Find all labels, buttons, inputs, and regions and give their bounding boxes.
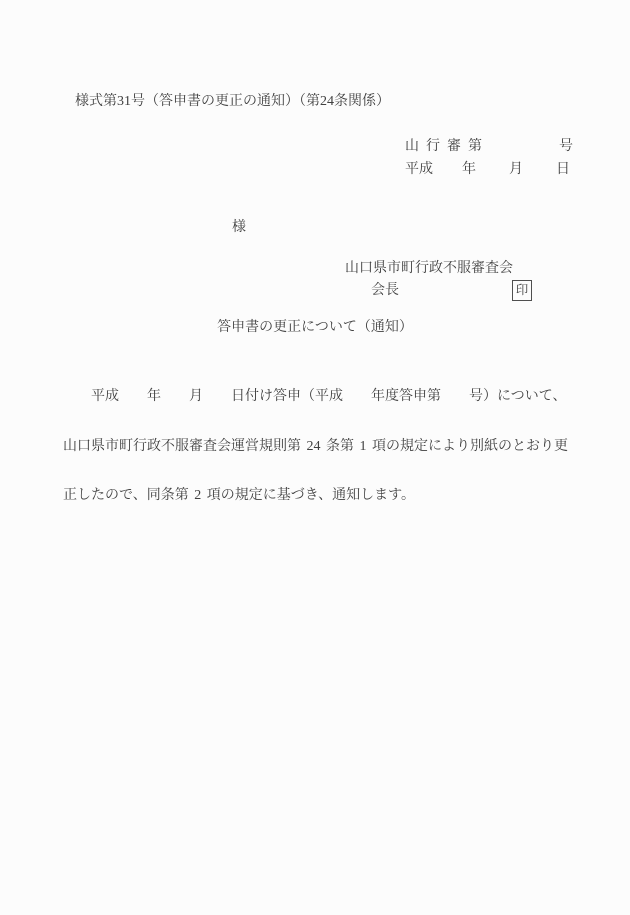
body-line-3: 正したので、同条第 2 項の規定に基づき、通知します。 [63, 485, 575, 507]
form-number-label: 様式第31号（答申書の更正の通知）（第24条関係） [75, 95, 390, 109]
subject-title: 答申書の更正について（通知） [0, 321, 630, 335]
date-day-label: 日 [556, 163, 570, 177]
body-line-2: 山口県市町行政不服審査会運営規則第 24 条第 1 項の規定により別紙のとおり更 [63, 436, 575, 458]
recipient-honorific: 様 [232, 221, 246, 235]
issuer-organization: 山口県市町行政不服審査会 [345, 262, 513, 276]
date-year-label: 年 [462, 163, 476, 177]
body-line-1: 平成 年 月 日付け答申（平成 年度答申第 号）について、 [63, 386, 575, 408]
body-paragraph: 平成 年 月 日付け答申（平成 年度答申第 号）について、 山口県市町行政不服審… [63, 358, 575, 535]
date-month-label: 月 [509, 163, 523, 177]
document-page: 様式第31号（答申書の更正の通知）（第24条関係） 山 行 審 第 号 平成 年… [0, 0, 630, 915]
issuer-title: 会長 [371, 284, 399, 298]
reference-number-prefix: 山 行 審 第 [405, 140, 482, 154]
seal-mark: 印 [512, 280, 532, 301]
date-era-label: 平成 [405, 163, 433, 177]
reference-number-suffix: 号 [559, 140, 573, 154]
